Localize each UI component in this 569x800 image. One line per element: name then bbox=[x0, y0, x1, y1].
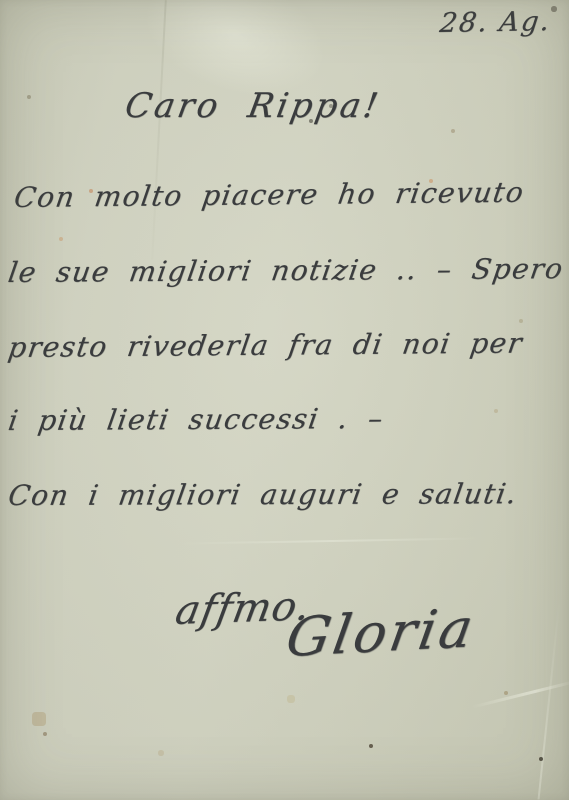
letter-paper: 28. Ag. Caro Rippa! Con molto piacere ho… bbox=[0, 0, 569, 800]
letter-body-line: Con i migliori auguri e saluti. bbox=[6, 477, 520, 512]
paper-crease-top bbox=[101, 0, 360, 160]
paper-crease-middle bbox=[180, 537, 480, 544]
paper-crease-vertical bbox=[151, 0, 167, 260]
letter-body-line: le sue migliori notizie .. – Spero bbox=[6, 252, 566, 289]
letter-signature: Gloria bbox=[282, 596, 480, 669]
letter-body-line: Con molto piacere ho ricevuto bbox=[12, 176, 527, 214]
letter-date: 28. Ag. bbox=[438, 6, 553, 39]
paper-speckles bbox=[0, 0, 2, 2]
paper-crease-right-edge bbox=[538, 600, 561, 799]
letter-body-line: i più lieti successi . – bbox=[6, 402, 386, 437]
letter-body-line: presto rivederla fra di noi per bbox=[6, 327, 525, 364]
letter-salutation: Caro Rippa! bbox=[122, 86, 384, 126]
paper-crease-bottom-right bbox=[472, 674, 569, 708]
